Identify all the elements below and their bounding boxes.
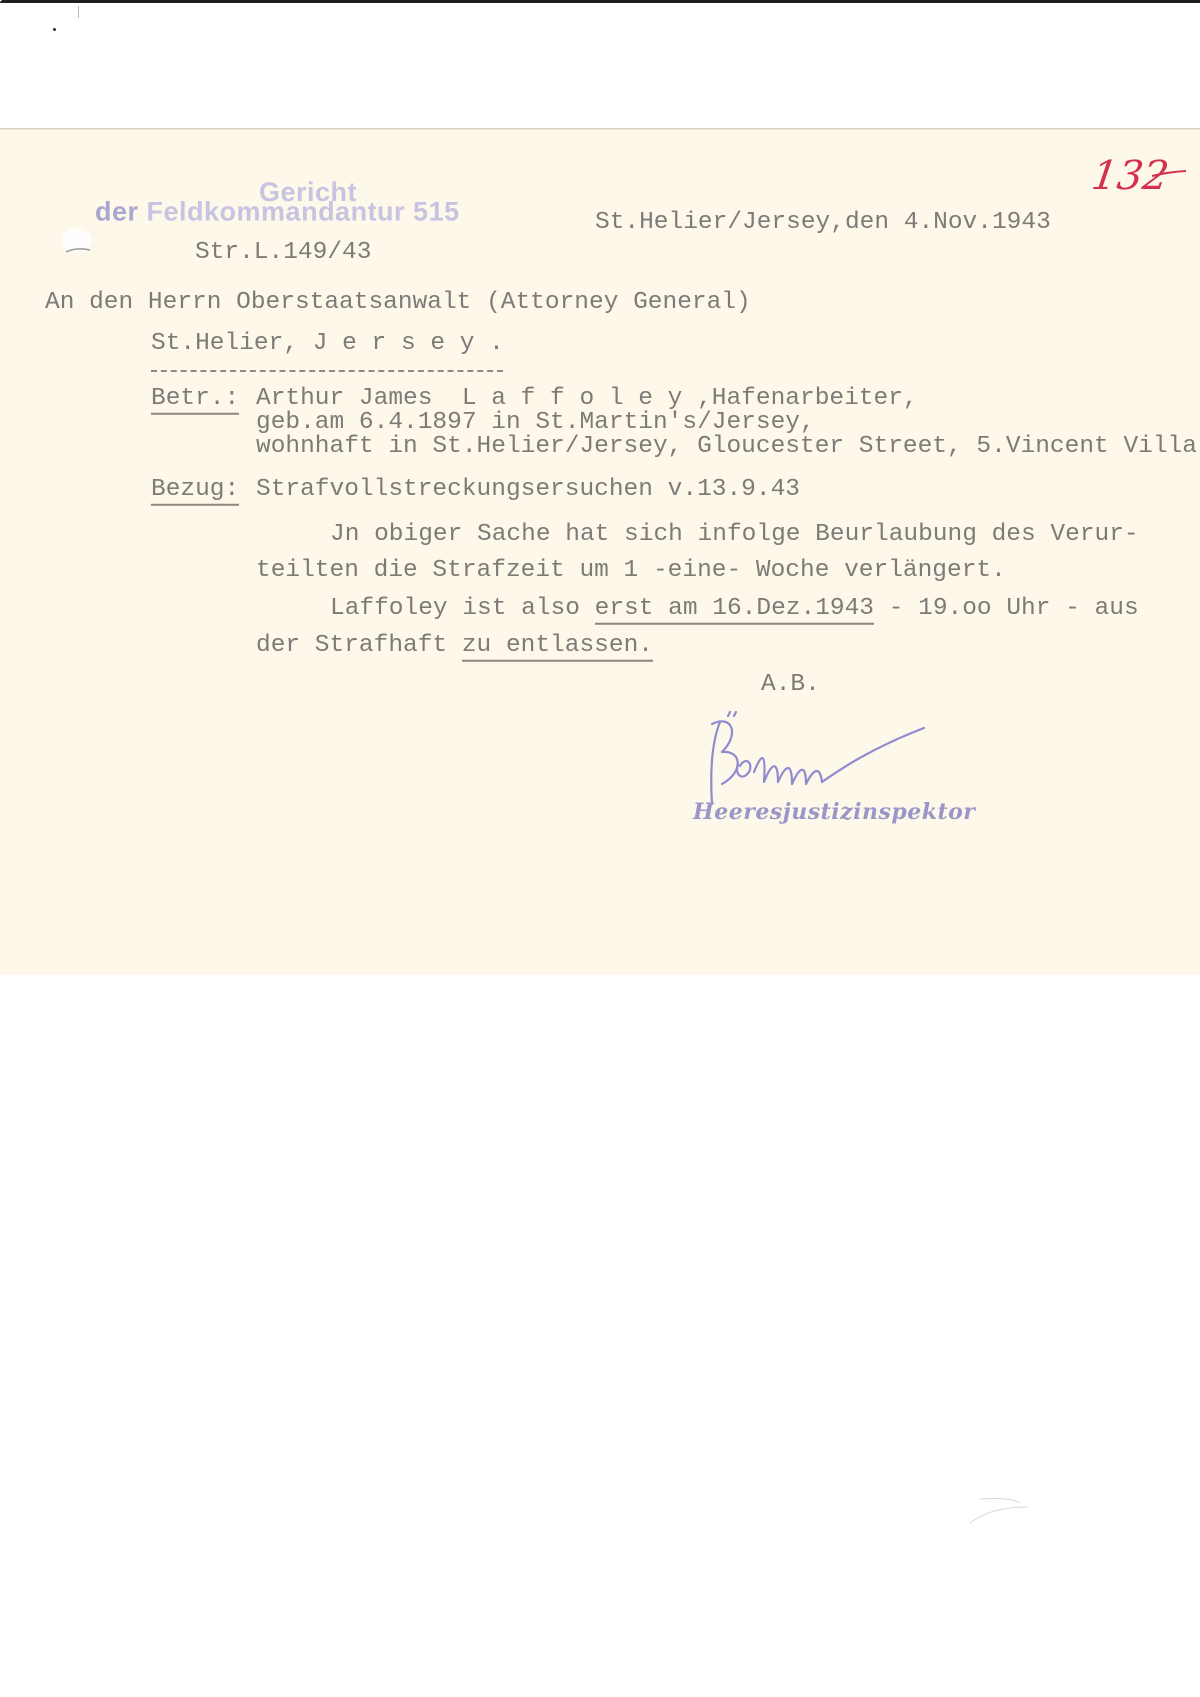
recipient-line-2: St.Helier, J e r s e y . [151, 332, 504, 357]
separator-dashes [151, 370, 503, 374]
recipient-line-1: An den Herrn Oberstaatsanwalt (Attorney … [45, 291, 751, 316]
scanner-top-edge [0, 0, 1200, 3]
body-p1-line-1: Jn obiger Sache hat sich infolge Beurlau… [330, 523, 1139, 548]
stray-pencil-mark [970, 1495, 1070, 1535]
subject-label-text: Betr.: [151, 385, 239, 415]
body-p2-line-2: der Strafhaft zu entlassen. [256, 634, 653, 659]
stamp-line-2: der Feldkommandantur 515 [95, 197, 460, 228]
reference-text: Strafvollstreckungsersuchen v.13.9.43 [256, 478, 800, 503]
reference-label-text: Bezug: [151, 476, 239, 506]
signatory-title-stamp: Heeresjustizinspektor [693, 799, 975, 825]
scan-mark [78, 6, 79, 18]
subject-line-2: geb.am 6.4.1897 in St.Martin's/Jersey, [256, 411, 815, 436]
subject-line-3: wohnhaft in St.Helier/Jersey, Gloucester… [256, 435, 1197, 460]
subject-line-1: Arthur James L a f f o l e y ,Hafenarbei… [256, 387, 918, 412]
folio-underline-stroke [1150, 168, 1190, 178]
body-p2-text-a: Laffoley ist also [330, 595, 595, 622]
body-p2-line-1: Laffoley ist also erst am 16.Dez.1943 - … [330, 597, 1139, 622]
stamp-unit-name: Feldkommandantur 515 [147, 197, 460, 227]
signoff: A.B. [761, 673, 820, 698]
handwritten-signature [692, 712, 932, 812]
release-instruction-underlined: zu entlassen. [462, 632, 653, 662]
stamp-prefix: der [95, 197, 147, 227]
pencil-mark [64, 246, 94, 254]
file-reference: Str.L.149/43 [195, 241, 371, 266]
dust-speck [53, 28, 56, 31]
body-p1-line-2: teilten die Strafzeit um 1 -eine- Woche … [256, 559, 1006, 584]
subject-label: Betr.: [151, 387, 239, 412]
document-paper [0, 128, 1200, 975]
body-p2-text-b: - 19.oo Uhr - aus [874, 595, 1139, 622]
release-date-underlined: erst am 16.Dez.1943 [595, 595, 874, 625]
reference-label: Bezug: [151, 478, 239, 503]
place-date: St.Helier/Jersey,den 4.Nov.1943 [595, 211, 1051, 236]
body-p2-text-c: der Strafhaft [256, 632, 462, 659]
